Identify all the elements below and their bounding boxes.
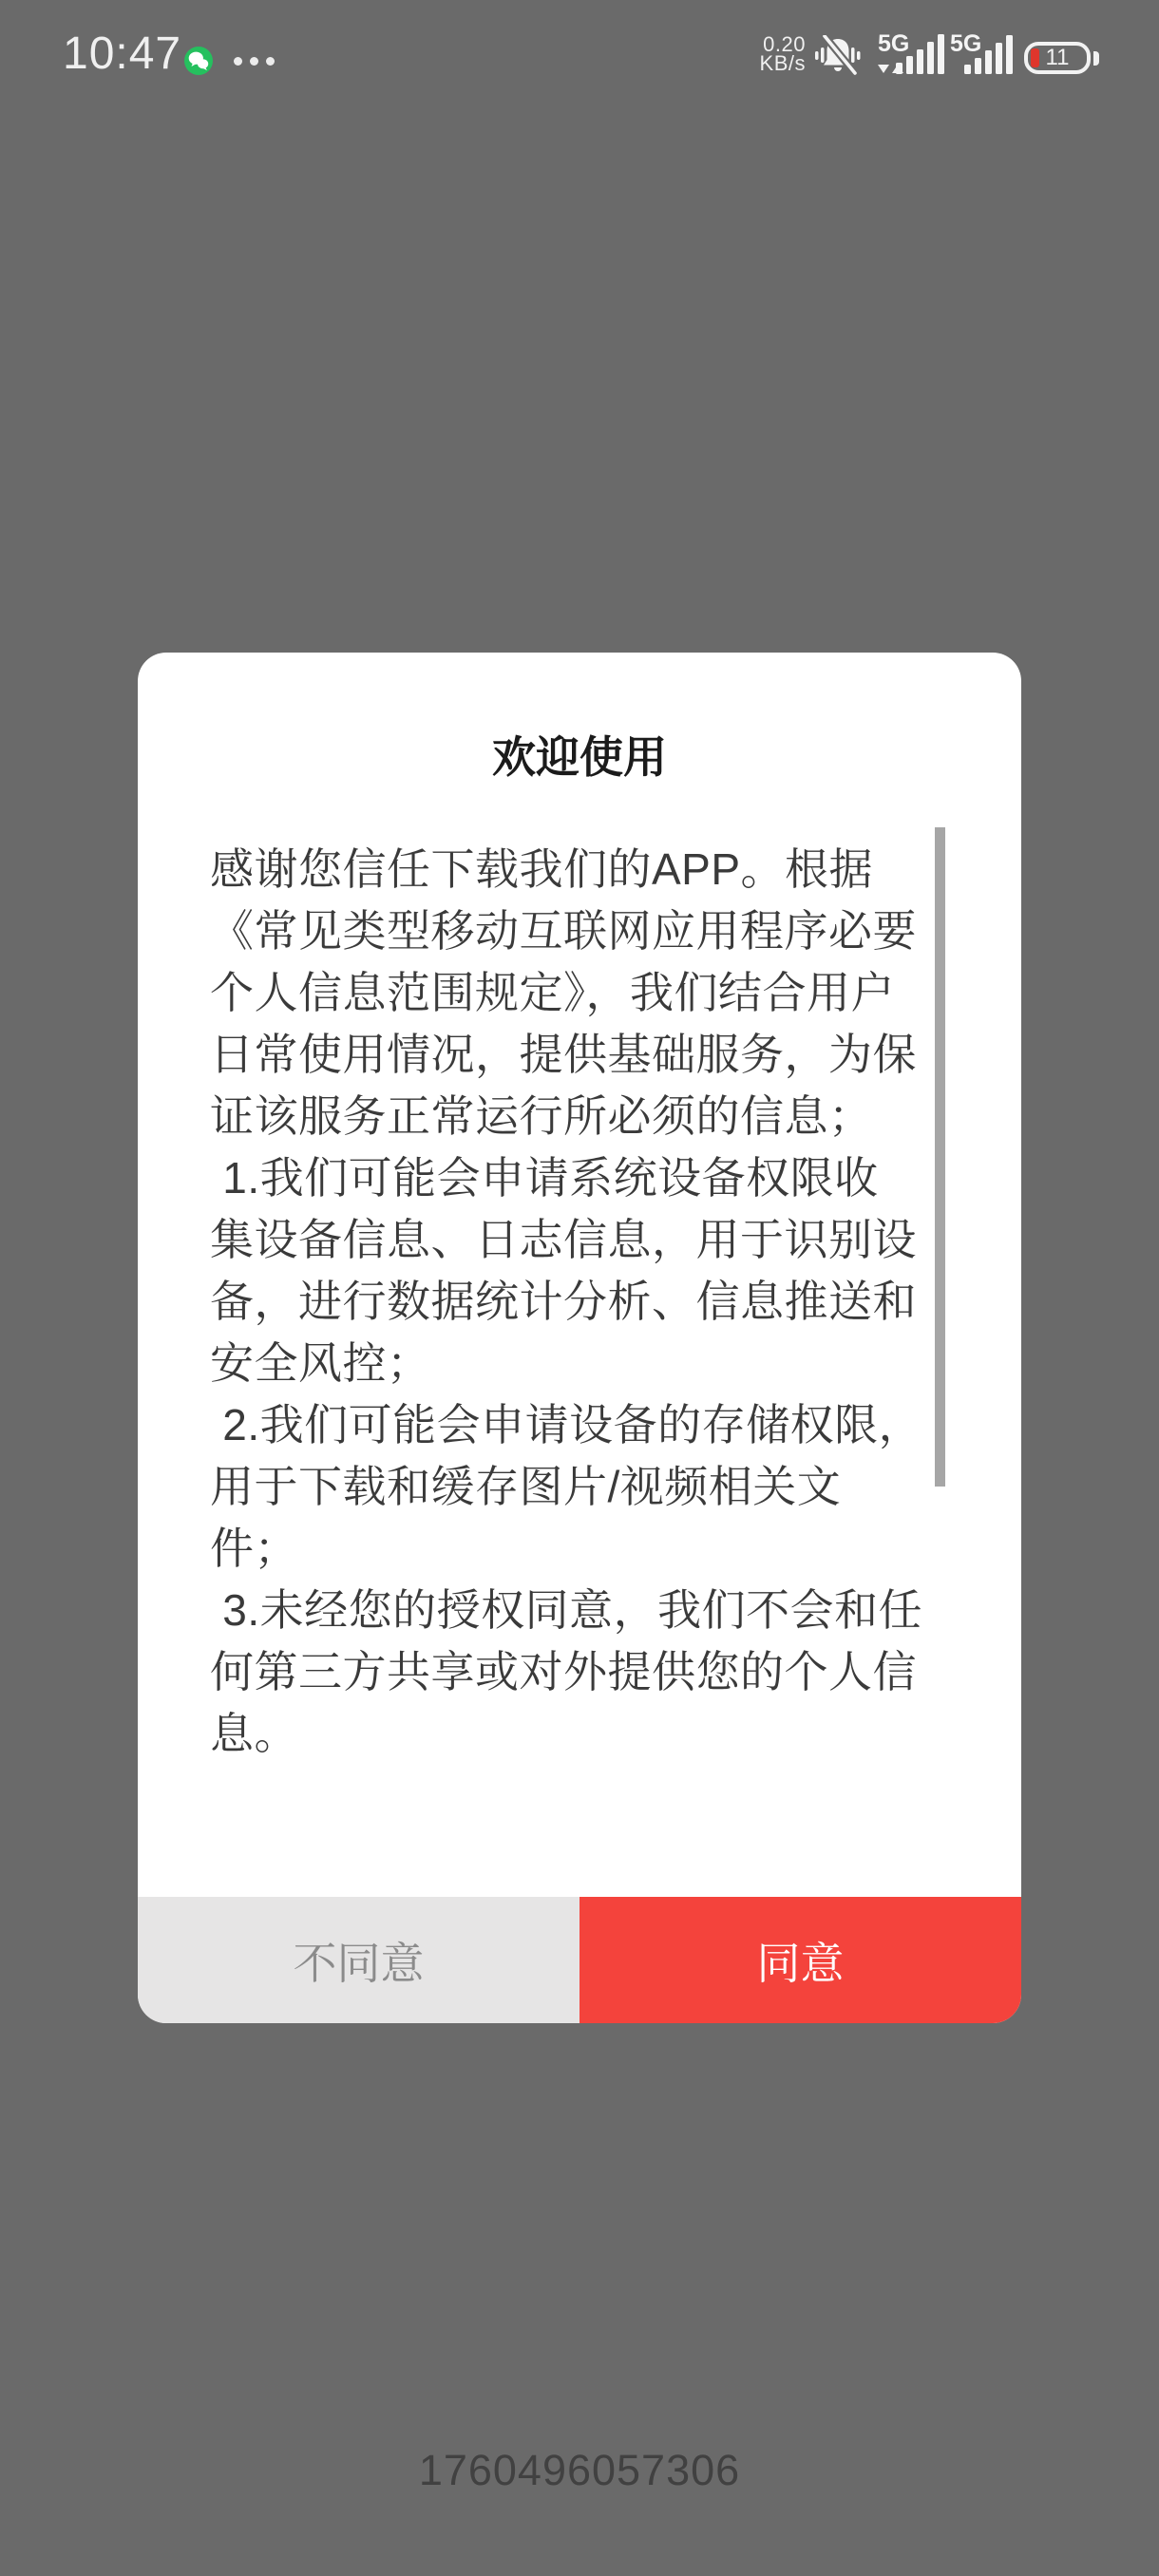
disagree-button[interactable]: 不同意 bbox=[138, 1897, 579, 2023]
bell-slash-icon bbox=[812, 35, 864, 82]
network-speed: 0.20 KB/s bbox=[724, 35, 806, 73]
device-code-text: 1760496057306 bbox=[0, 2447, 1159, 2494]
body-text-line: 日常使用情况，提供基础服务，为保 bbox=[210, 1024, 1021, 1086]
body-text-line: 用于下载和缓存图片/视频相关文 bbox=[210, 1456, 1021, 1518]
battery-percent: 11 bbox=[1028, 46, 1087, 70]
battery-low-icon: 11 bbox=[1024, 42, 1099, 74]
body-text-line: 3.未经您的授权同意，我们不会和任 bbox=[210, 1580, 1021, 1641]
body-text-line: 2.我们可能会申请设备的存储权限， bbox=[210, 1394, 1021, 1456]
dialog-title: 欢迎使用 bbox=[138, 653, 1021, 782]
body-text-line: 集设备信息、日志信息，用于识别设 bbox=[210, 1209, 1021, 1271]
screen: 10:47 0.20 KB/s bbox=[0, 0, 1159, 2576]
ellipsis-dots-icon bbox=[234, 57, 275, 66]
body-text-line: 何第三方共享或对外提供您的个人信 bbox=[210, 1641, 1021, 1703]
dialog-body-scroll-area[interactable]: 感谢您信任下载我们的APP。根据《常见类型移动互联网应用程序必要个人信息范围规定… bbox=[138, 839, 1021, 1765]
body-text-line: 安全风控； bbox=[210, 1333, 1021, 1394]
body-text-line: 息。 bbox=[210, 1703, 1021, 1765]
status-bar: 10:47 0.20 KB/s bbox=[0, 0, 1159, 106]
body-text-line: 件； bbox=[210, 1518, 1021, 1580]
wechat-icon bbox=[184, 47, 213, 75]
network-speed-unit: KB/s bbox=[760, 51, 806, 75]
body-text-line: 个人信息范围规定》，我们结合用户 bbox=[210, 962, 1021, 1024]
scrollbar-thumb[interactable] bbox=[935, 827, 945, 1487]
body-text-line: 《常见类型移动互联网应用程序必要 bbox=[210, 900, 1021, 962]
sim2-signal-bars-icon: 5G bbox=[950, 31, 1013, 75]
dialog-button-row: 不同意 同意 bbox=[138, 1897, 1021, 2023]
agree-button[interactable]: 同意 bbox=[579, 1897, 1021, 2023]
body-text-line: 证该服务正常运行所必须的信息； bbox=[210, 1086, 1021, 1147]
wechat-bubbles bbox=[184, 47, 213, 75]
clock: 10:47 bbox=[63, 30, 181, 78]
body-text-line: 感谢您信任下载我们的APP。根据 bbox=[210, 839, 1021, 900]
privacy-dialog: 欢迎使用 感谢您信任下载我们的APP。根据《常见类型移动互联网应用程序必要个人信… bbox=[138, 653, 1021, 2023]
body-text-line: 备，进行数据统计分析、信息推送和 bbox=[210, 1271, 1021, 1333]
sim1-signal-bars-icon: 5G bbox=[878, 31, 944, 75]
body-text-line: 1.我们可能会申请系统设备权限收 bbox=[210, 1147, 1021, 1209]
